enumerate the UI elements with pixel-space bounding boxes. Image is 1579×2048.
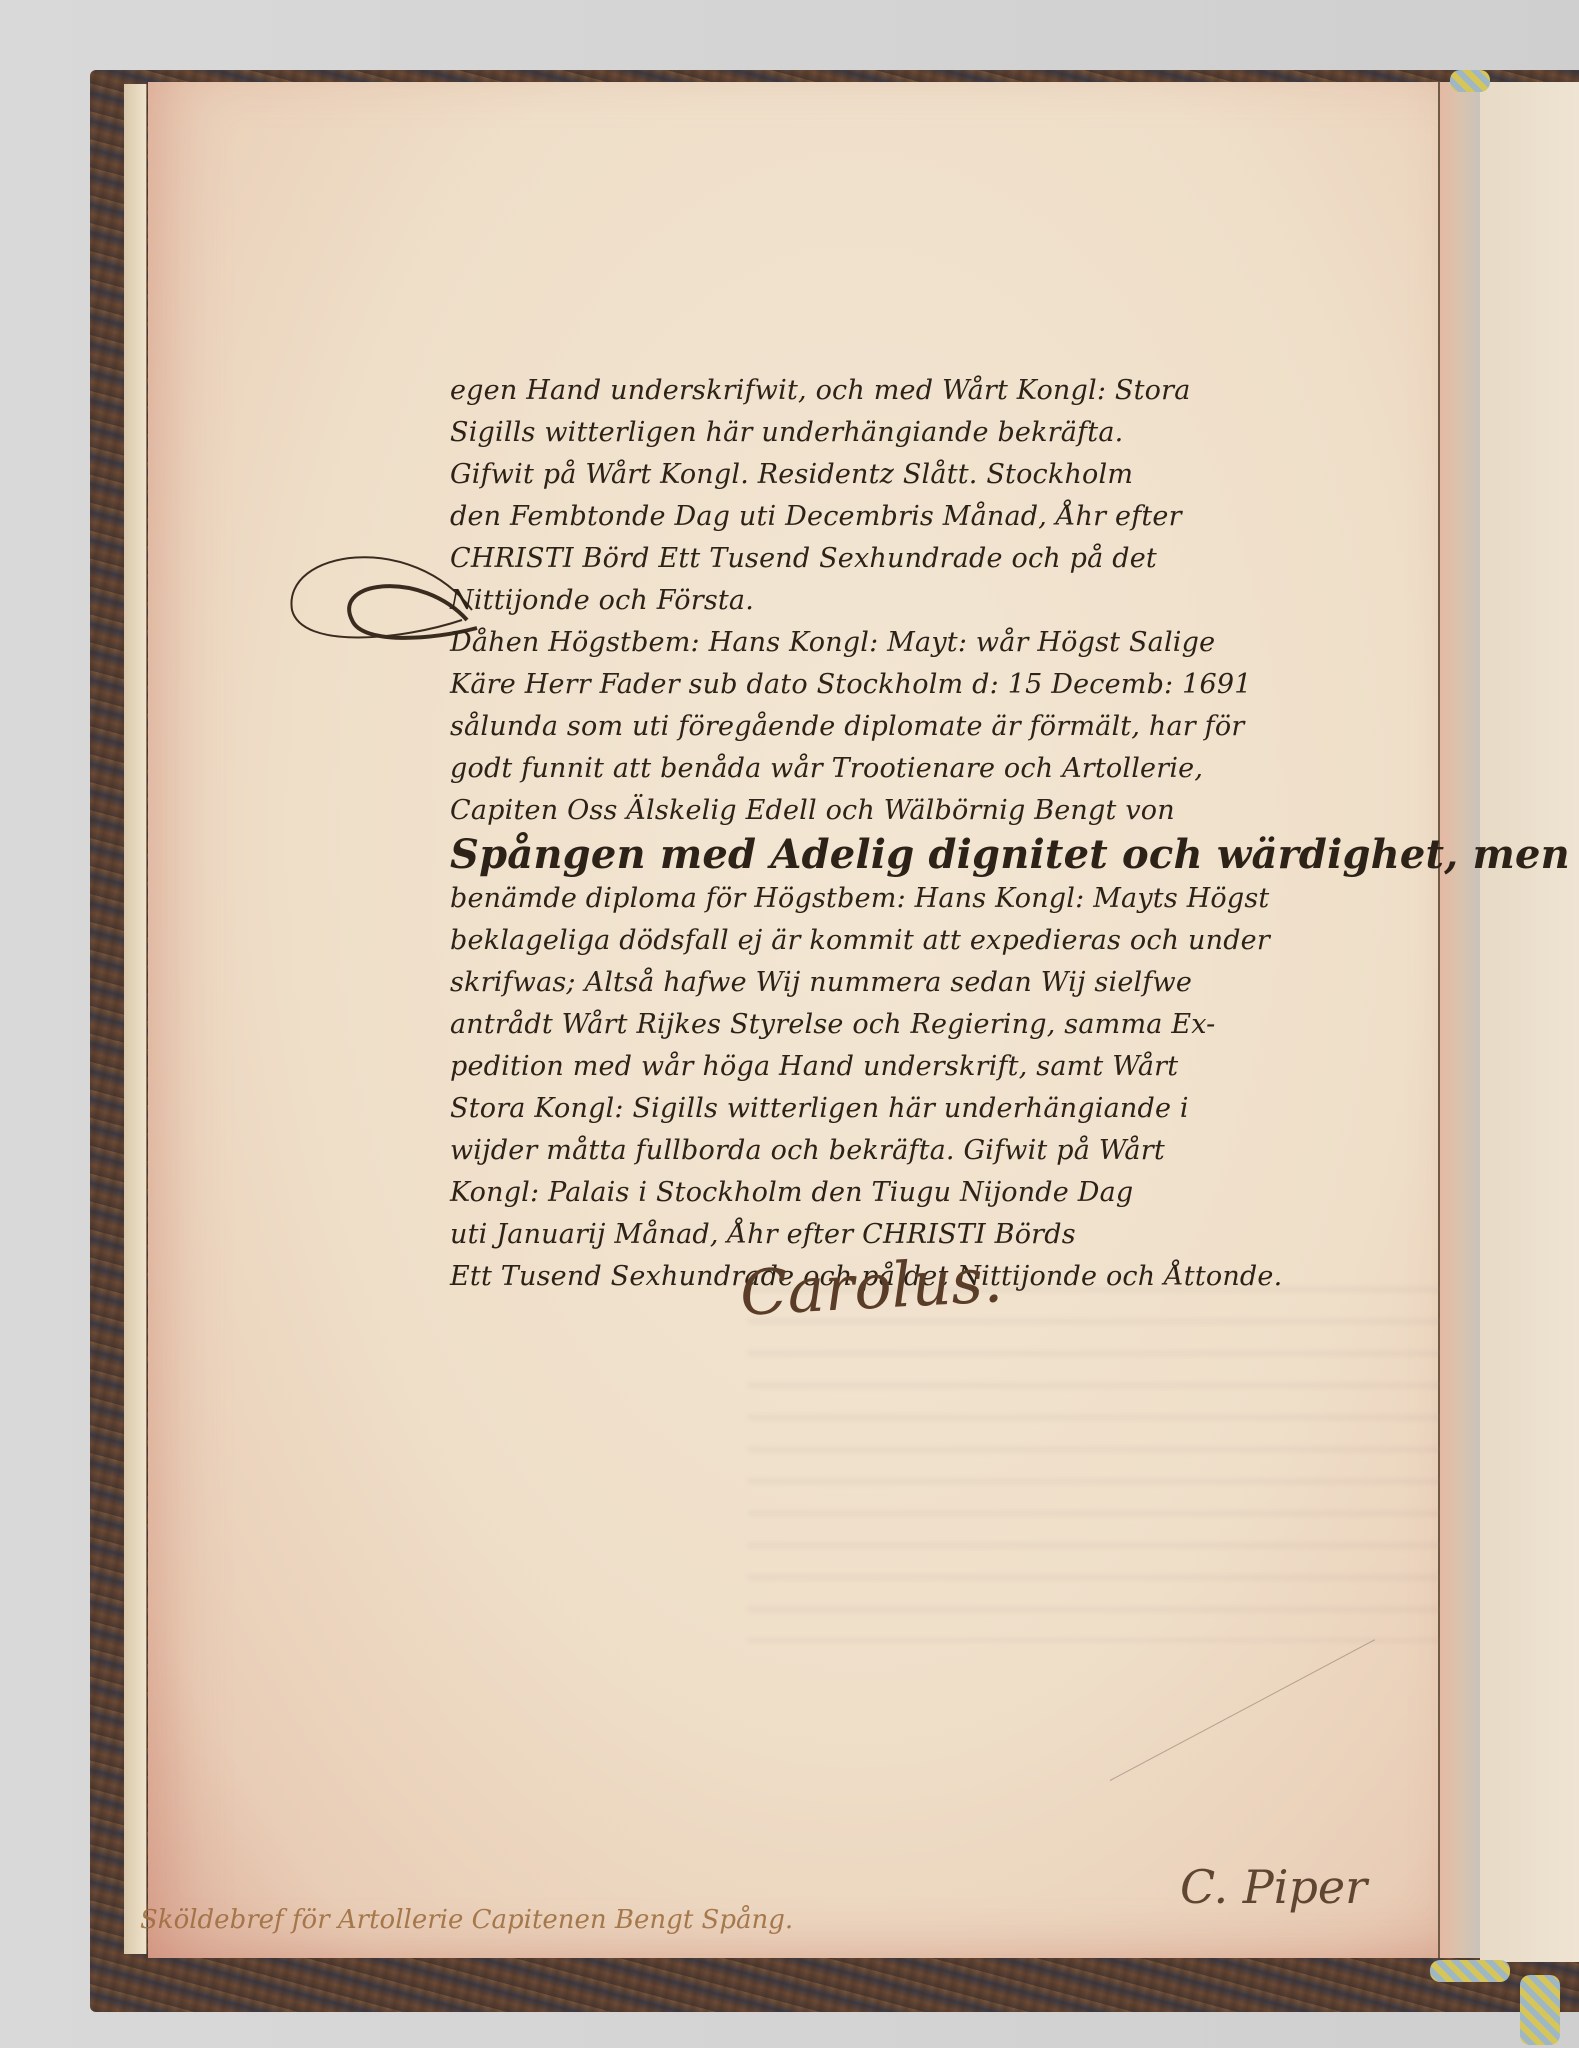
text-line: Käre Herr Fader sub dato Stockholm d: 15… [450, 664, 1330, 706]
text-line: Stora Kongl: Sigills witterligen här und… [450, 1088, 1330, 1130]
text-line: Capiten Oss Älskelig Edell och Wälbörnig… [450, 790, 1330, 832]
text-line: Dåhen Högstbem: Hans Kongl: Mayt: wår Hö… [450, 622, 1330, 664]
text-line: godt funnit att benåda wår Trootienare o… [450, 748, 1330, 790]
endpaper-edge [124, 84, 147, 1954]
binding-cord-tassel [1520, 1975, 1560, 2045]
binding-cord-bottom [1430, 1960, 1510, 1982]
facing-page [1480, 82, 1579, 1962]
book-gutter [1440, 82, 1480, 1958]
countersignature: C. Piper [1180, 1860, 1367, 1914]
text-line: antrådt Wårt Rijkes Styrelse och Regieri… [450, 1004, 1330, 1046]
text-line: Gifwit på Wårt Kongl. Residentz Slått. S… [450, 454, 1330, 496]
text-line: sålunda som uti föregående diplomate är … [450, 706, 1330, 748]
text-line: den Fembtonde Dag uti Decembris Månad, Å… [450, 496, 1330, 538]
text-line: wijder måtta fullborda och bekräfta. Gif… [450, 1130, 1330, 1172]
text-line: skrifwas; Altså hafwe Wij nummera sedan … [450, 962, 1330, 1004]
text-line: egen Hand underskrifwit, och med Wårt Ko… [450, 370, 1330, 412]
text-line: Kongl: Palais i Stockholm den Tiugu Nijo… [450, 1172, 1330, 1214]
binding-cord-top [1450, 70, 1490, 92]
text-line: Nittijonde och Första. [450, 580, 1330, 622]
text-line: benämde diploma för Högstbem: Hans Kongl… [450, 878, 1330, 920]
royal-signature: Carolus. [738, 1243, 1004, 1330]
text-line: beklageliga dödsfall ej är kommit att ex… [450, 920, 1330, 962]
endorsement-note: Sköldebref för Artollerie Capitenen Beng… [140, 1905, 793, 1935]
letter-body: egen Hand underskrifwit, och med Wårt Ko… [450, 370, 1330, 1298]
text-line-name: Spången med Adelig dignitet och wärdighe… [450, 832, 1330, 878]
text-line: pedition med wår höga Hand underskrift, … [450, 1046, 1330, 1088]
text-line: CHRISTI Börd Ett Tusend Sexhundrade och … [450, 538, 1330, 580]
text-line: Sigills witterligen här underhängiande b… [450, 412, 1330, 454]
